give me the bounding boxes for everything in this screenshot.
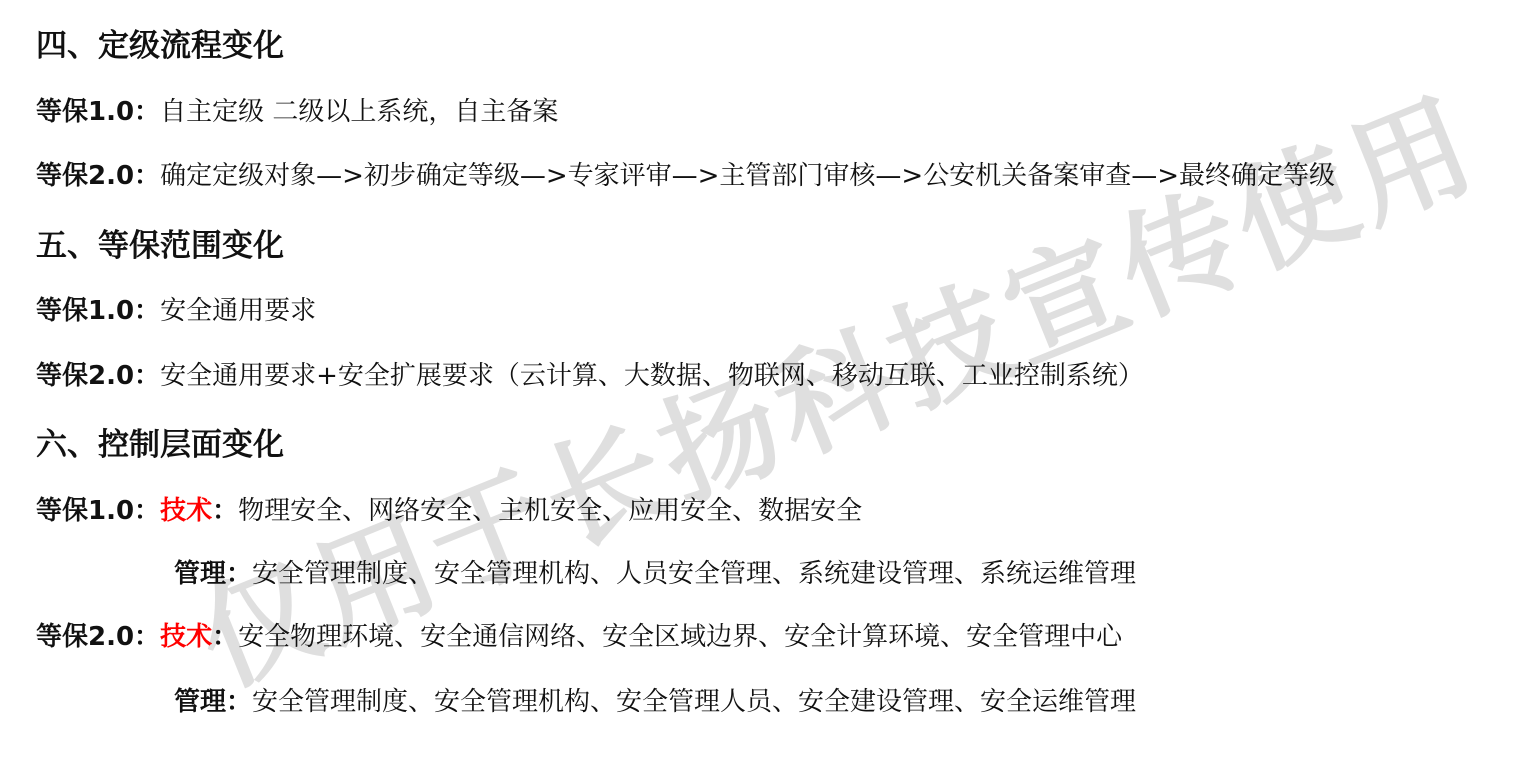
section-heading-6: 六、控制层面变化 (36, 425, 284, 465)
row-text: 确定定级对象—>初步确定等级—>专家评审—>主管部门审核—>公安机关备案审查—>… (160, 161, 1335, 191)
mgmt-label: 管理： (174, 559, 252, 589)
row-label: 等保2.0： (36, 361, 160, 391)
row-dengbao2-tech: 等保2.0：技术：安全物理环境、安全通信网络、安全区域边界、安全计算环境、安全管… (36, 620, 1122, 654)
row-dengbao2-grading: 等保2.0：确定定级对象—>初步确定等级—>专家评审—>主管部门审核—>公安机关… (36, 159, 1335, 193)
section-heading-4: 四、定级流程变化 (36, 26, 284, 66)
row-label: 等保1.0： (36, 97, 160, 127)
row-dengbao1-scope: 等保1.0：安全通用要求 (36, 294, 316, 328)
row-text: 安全通用要求 (160, 296, 316, 326)
mgmt-label: 管理： (174, 687, 252, 717)
row-text: 物理安全、网络安全、主机安全、应用安全、数据安全 (238, 496, 862, 526)
row-text: 安全管理制度、安全管理机构、人员安全管理、系统建设管理、系统运维管理 (252, 559, 1136, 589)
row-label: 等保2.0： (36, 161, 160, 191)
row-label: 等保1.0： (36, 496, 160, 526)
tech-label: 技术 (160, 622, 212, 652)
row-dengbao1-tech: 等保1.0：技术：物理安全、网络安全、主机安全、应用安全、数据安全 (36, 494, 862, 528)
colon: ： (212, 496, 238, 526)
row-text: 安全通用要求+安全扩展要求（云计算、大数据、物联网、移动互联、工业控制系统） (160, 361, 1144, 391)
colon: ： (212, 622, 238, 652)
row-text: 自主定级 二级以上系统，自主备案 (160, 97, 558, 127)
row-text: 安全管理制度、安全管理机构、安全管理人员、安全建设管理、安全运维管理 (252, 687, 1136, 717)
row-label: 等保2.0： (36, 622, 160, 652)
row-dengbao1-mgmt: 管理：安全管理制度、安全管理机构、人员安全管理、系统建设管理、系统运维管理 (174, 557, 1136, 591)
tech-label: 技术 (160, 496, 212, 526)
row-label: 等保1.0： (36, 296, 160, 326)
row-text: 安全物理环境、安全通信网络、安全区域边界、安全计算环境、安全管理中心 (238, 622, 1122, 652)
row-dengbao1-grading: 等保1.0：自主定级 二级以上系统，自主备案 (36, 95, 558, 129)
row-dengbao2-scope: 等保2.0：安全通用要求+安全扩展要求（云计算、大数据、物联网、移动互联、工业控… (36, 359, 1144, 393)
section-heading-5: 五、等保范围变化 (36, 226, 284, 266)
row-dengbao2-mgmt: 管理：安全管理制度、安全管理机构、安全管理人员、安全建设管理、安全运维管理 (174, 685, 1136, 719)
